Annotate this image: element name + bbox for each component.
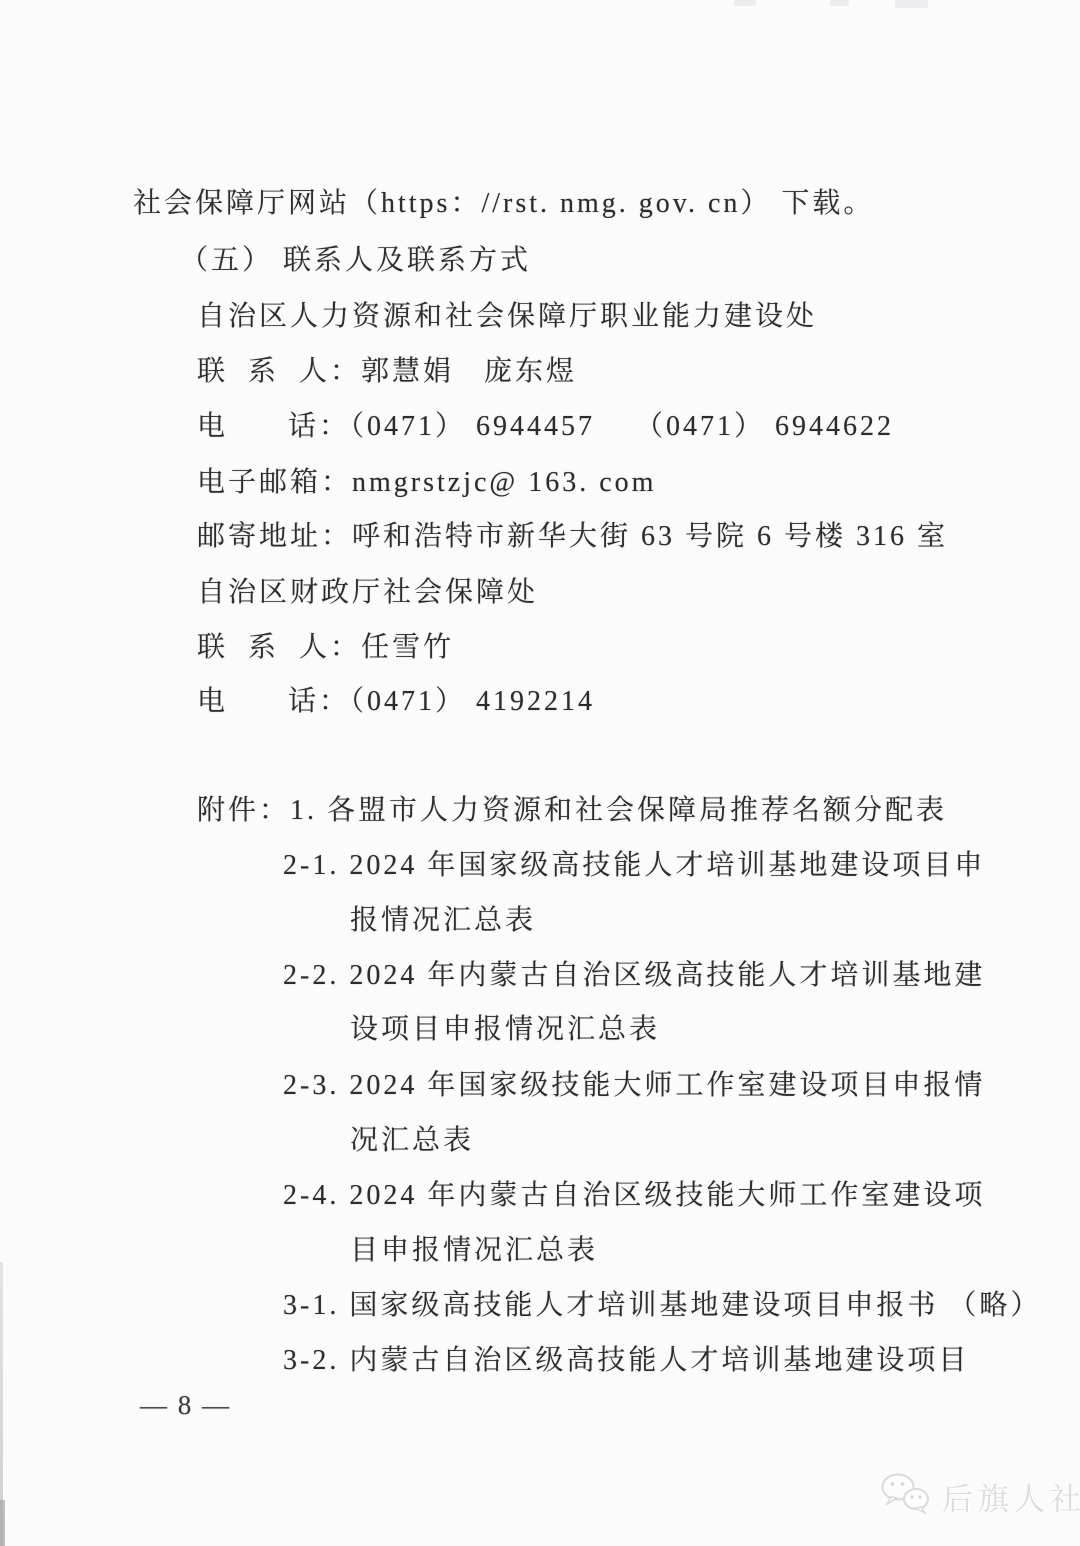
line-dept1-email: 电子邮箱：nmgrstzjc@ 163. com [197,467,656,499]
watermark-label: 后旗人社 [942,1474,1080,1519]
line-attachments-intro: 附件：1. 各盟市人力资源和社会保障局推荐名额分配表 [197,795,947,827]
line-dept1-name: 自治区人力资源和社会保障厅职业能力建设处 [197,301,817,333]
line-dept1-contact: 联 系 人：郭慧娟 庞东煜 [197,356,577,388]
line-attachment-2-3-cont: 况汇总表 [350,1125,474,1157]
line-attachment-2-2: 2-2. 2024 年内蒙古自治区级高技能人才培训基地建 [283,960,985,992]
line-attachment-3-1: 3-1. 国家级高技能人才培训基地建设项目申报书 （略） [283,1290,1041,1322]
page-number: — 8 — [140,1390,231,1421]
line-attachment-2-3: 2-3. 2024 年国家级技能大师工作室建设项目申报情 [283,1070,985,1102]
line-section-heading: （五） 联系人及联系方式 [180,245,531,277]
line-attachment-2-2-cont: 设项目申报情况汇总表 [350,1014,660,1046]
line-dept2-contact: 联 系 人：任雪竹 [197,632,454,664]
line-dept2-phone: 电 话：（0471） 4192214 [197,686,595,718]
line-dept1-phone: 电 话：（0471） 6944457 （0471） 6944622 [197,411,894,443]
scanned-document-page: 社会保障厅网站（https：//rst. nmg. gov. cn） 下载。 （… [0,0,1080,1546]
scan-edge-corner [0,1500,5,1546]
line-attachment-2-4: 2-4. 2024 年内蒙古自治区级技能大师工作室建设项 [283,1180,985,1212]
scan-smudge [830,0,849,6]
line-dept1-address: 邮寄地址：呼和浩特市新华大街 63 号院 6 号楼 316 室 [197,521,948,553]
line-attachment-2-1-cont: 报情况汇总表 [350,905,536,937]
line-attachment-2-1: 2-1. 2024 年国家级高技能人才培训基地建设项目申 [283,850,985,882]
scan-smudge [895,0,928,8]
wechat-icon [880,1472,932,1521]
line-website: 社会保障厅网站（https：//rst. nmg. gov. cn） 下载。 [133,188,874,220]
scan-smudge [734,0,756,6]
line-dept2-name: 自治区财政厅社会保障处 [197,577,538,609]
line-attachment-2-4-cont: 目申报情况汇总表 [350,1235,598,1267]
watermark: 后旗人社 [880,1472,1080,1521]
line-attachment-3-2: 3-2. 内蒙古自治区级高技能人才培训基地建设项目 [283,1345,969,1377]
